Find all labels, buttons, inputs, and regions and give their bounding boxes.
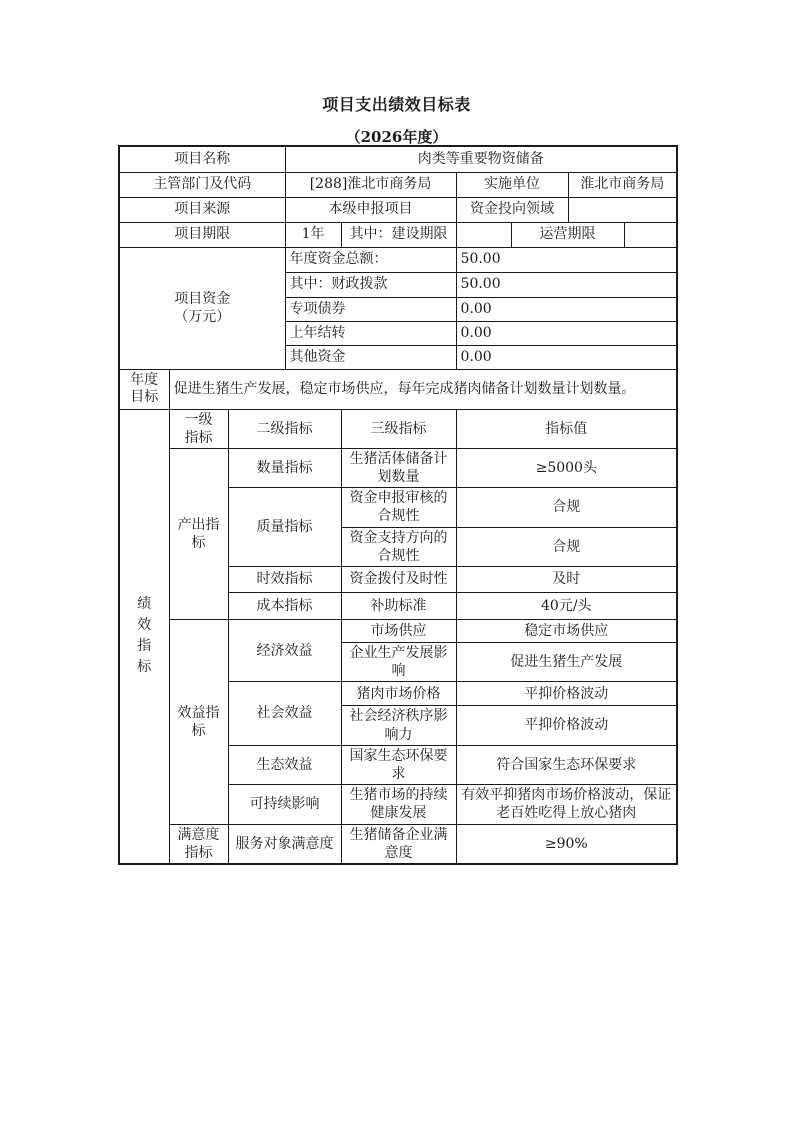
fund-row-label: 年度资金总额： — [285, 247, 456, 272]
operate-period-value-cell — [624, 222, 677, 247]
fund-row-label: 上年结转 — [285, 321, 456, 345]
indicator-value-cell: 平抑价格波动 — [456, 706, 677, 745]
header-level1-line1: 一级 — [173, 411, 225, 429]
impl-unit-label-cell: 实施单位 — [456, 172, 568, 197]
indicator-value-cell: 合规 — [456, 488, 677, 527]
indicator-l3-cell: 资金拨付及时性 — [341, 567, 456, 593]
build-period-value-cell — [456, 222, 511, 247]
build-period-label-cell: 其中：建设期限 — [341, 222, 456, 247]
indicator-l2-cell: 质量指标 — [228, 488, 341, 567]
indicator-value-cell: 平抑价格波动 — [456, 682, 677, 706]
fund-row-value: 50.00 — [456, 272, 677, 297]
indicator-l3-cell: 企业生产发展影响 — [341, 643, 456, 682]
document-subtitle: （2026年度） — [0, 126, 793, 147]
row-indicator-header: 绩效指标 一级 指标 二级指标 三级指标 指标值 — [119, 409, 677, 448]
fund-row-value: 0.00 — [456, 297, 677, 321]
fund-row-label: 专项债券 — [285, 297, 456, 321]
dept-value-cell: [288]淮北市商务局 — [285, 172, 456, 197]
period-value-cell: 1年 — [285, 222, 341, 247]
indicator-value-cell: 40元/头 — [456, 593, 677, 620]
fund-row-label: 其中：财政拨款 — [285, 272, 456, 297]
indicator-l3-cell: 猪肉市场价格 — [341, 682, 456, 706]
indicator-l2-cell: 可持续影响 — [228, 785, 341, 824]
indicator-l3-cell: 生猪市场的持续健康发展 — [341, 785, 456, 824]
indicator-l3-cell: 社会经济秩序影响力 — [341, 706, 456, 745]
invest-field-value-cell — [568, 197, 677, 222]
indicator-value-cell: 有效平抑猪肉市场价格波动，保证老百姓吃得上放心猪肉 — [456, 785, 677, 824]
header-level1-cell: 一级 指标 — [169, 409, 228, 448]
indicator-l2-cell: 服务对象满意度 — [228, 824, 341, 864]
annual-goal-text-cell: 促进生猪生产发展，稳定市场供应，每年完成猪肉储备计划数量计划数量。 — [169, 369, 677, 409]
annual-goal-label-cell: 年度目标 — [119, 369, 169, 409]
funds-label-cell: 项目资金 （万元） — [119, 247, 285, 369]
header-level2-cell: 二级指标 — [228, 409, 341, 448]
funds-label-line1: 项目资金 — [123, 290, 282, 308]
header-level1-line2: 指标 — [173, 429, 225, 447]
header-level3-cell: 三级指标 — [341, 409, 456, 448]
row-source: 项目来源 本级申报项目 资金投向领域 — [119, 197, 677, 222]
indicator-l2-cell: 社会效益 — [228, 682, 341, 745]
indicator-value-cell: 促进生猪生产发展 — [456, 643, 677, 682]
indicator-section-label-cell: 绩效指标 — [119, 409, 169, 864]
row-annual-goal: 年度目标 促进生猪生产发展，稳定市场供应，每年完成猪肉储备计划数量计划数量。 — [119, 369, 677, 409]
indicator-value-cell: ≥5000头 — [456, 448, 677, 487]
indicator-l3-cell: 资金申报审核的合规性 — [341, 488, 456, 527]
indicator-l2-cell: 数量指标 — [228, 448, 341, 487]
indicator-l3-cell: 国家生态环保要求 — [341, 745, 456, 784]
level1-benefit-cell: 效益指标 — [169, 620, 228, 825]
indicator-l2-cell: 生态效益 — [228, 745, 341, 784]
indicator-l3-cell: 补助标准 — [341, 593, 456, 620]
indicator-l3-cell: 资金支持方向的合规性 — [341, 527, 456, 566]
fund-row-value: 0.00 — [456, 321, 677, 345]
indicator-row: 满意度指标 服务对象满意度 生猪储备企业满意度 ≥90% — [119, 824, 677, 864]
indicator-value-cell: ≥90% — [456, 824, 677, 864]
indicator-l3-cell: 生猪储备企业满意度 — [341, 824, 456, 864]
indicator-value-cell: 符合国家生态环保要求 — [456, 745, 677, 784]
period-label-cell: 项目期限 — [119, 222, 285, 247]
fund-row-value: 0.00 — [456, 345, 677, 369]
source-value-cell: 本级申报项目 — [285, 197, 456, 222]
operate-period-label-cell: 运营期限 — [511, 222, 624, 247]
indicator-row: 效益指标 经济效益 市场供应 稳定市场供应 — [119, 620, 677, 643]
document-title: 项目支出绩效目标表 — [0, 92, 793, 115]
level1-satisfaction-cell: 满意度指标 — [169, 824, 228, 864]
indicator-l2-cell: 时效指标 — [228, 567, 341, 593]
header-value-cell: 指标值 — [456, 409, 677, 448]
project-name-label-cell: 项目名称 — [119, 146, 285, 172]
impl-unit-value-cell: 淮北市商务局 — [568, 172, 677, 197]
source-label-cell: 项目来源 — [119, 197, 285, 222]
funds-label-line2: （万元） — [123, 308, 282, 326]
indicator-l2-cell: 成本指标 — [228, 593, 341, 620]
table-container: 项目名称 肉类等重要物资储备 主管部门及代码 [288]淮北市商务局 实施单位 … — [118, 145, 676, 865]
document-page: 项目支出绩效目标表 （2026年度） 项目名称 肉类等重要物资储备 主管部门及代… — [0, 0, 793, 1122]
project-name-value-cell: 肉类等重要物资储备 — [285, 146, 677, 172]
dept-label-cell: 主管部门及代码 — [119, 172, 285, 197]
indicator-row: 产出指标 数量指标 生猪活体储备计划数量 ≥5000头 — [119, 448, 677, 487]
level1-output-cell: 产出指标 — [169, 448, 228, 619]
fund-row-value: 50.00 — [456, 247, 677, 272]
row-project-name: 项目名称 肉类等重要物资储备 — [119, 146, 677, 172]
indicator-l2-cell: 经济效益 — [228, 620, 341, 682]
indicator-l3-cell: 市场供应 — [341, 620, 456, 643]
row-fund-total: 项目资金 （万元） 年度资金总额： 50.00 — [119, 247, 677, 272]
fund-row-label: 其他资金 — [285, 345, 456, 369]
invest-field-label-cell: 资金投向领域 — [456, 197, 568, 222]
performance-target-table: 项目名称 肉类等重要物资储备 主管部门及代码 [288]淮北市商务局 实施单位 … — [118, 145, 678, 865]
indicator-value-cell: 合规 — [456, 527, 677, 566]
indicator-l3-cell: 生猪活体储备计划数量 — [341, 448, 456, 487]
indicator-section-label: 绩效指标 — [137, 594, 152, 678]
indicator-value-cell: 及时 — [456, 567, 677, 593]
row-period: 项目期限 1年 其中：建设期限 运营期限 — [119, 222, 677, 247]
indicator-value-cell: 稳定市场供应 — [456, 620, 677, 643]
row-department: 主管部门及代码 [288]淮北市商务局 实施单位 淮北市商务局 — [119, 172, 677, 197]
